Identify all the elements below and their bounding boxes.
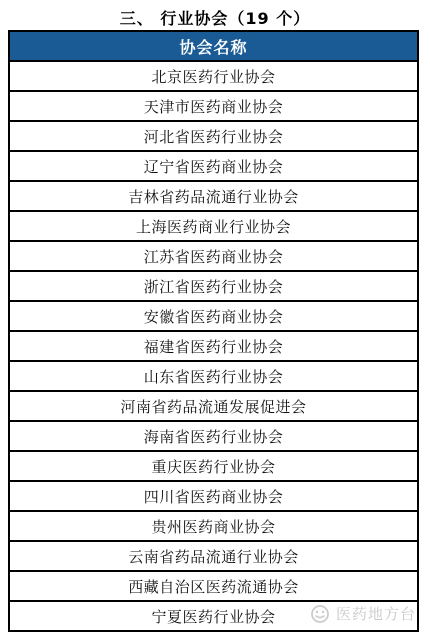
association-name: 上海医药商业行业协会	[136, 216, 291, 237]
association-name: 重庆医药行业协会	[151, 456, 275, 477]
table-row: 北京医药行业协会	[10, 62, 417, 92]
association-name: 贵州医药商业协会	[151, 516, 275, 537]
page-title: 三、 行业协会（19 个）	[0, 0, 430, 30]
table-row: 天津市医药商业协会	[10, 92, 417, 122]
table-row: 宁夏医药行业协会	[10, 602, 417, 630]
table-row: 重庆医药行业协会	[10, 452, 417, 482]
table-row: 河南省药品流通发展促进会	[10, 392, 417, 422]
table-row: 江苏省医药商业协会	[10, 242, 417, 272]
table-header-row: 协会名称	[10, 32, 417, 62]
table-row: 福建省医药行业协会	[10, 332, 417, 362]
association-name: 四川省医药商业协会	[144, 486, 284, 507]
table-row: 四川省医药商业协会	[10, 482, 417, 512]
association-name: 浙江省医药行业协会	[144, 276, 284, 297]
table-row: 浙江省医药行业协会	[10, 272, 417, 302]
association-name: 海南省医药行业协会	[144, 426, 284, 447]
table-row: 海南省医药行业协会	[10, 422, 417, 452]
table-row: 云南省药品流通行业协会	[10, 542, 417, 572]
association-name: 北京医药行业协会	[151, 66, 275, 87]
table-header-label: 协会名称	[179, 35, 247, 58]
association-name: 安徽省医药商业协会	[144, 306, 284, 327]
association-name: 江苏省医药商业协会	[144, 246, 284, 267]
table-row: 安徽省医药商业协会	[10, 302, 417, 332]
table-row: 西藏自治区医药流通协会	[10, 572, 417, 602]
association-name: 河北省医药行业协会	[144, 126, 284, 147]
table-row: 吉林省药品流通行业协会	[10, 182, 417, 212]
association-name: 吉林省药品流通行业协会	[128, 186, 299, 207]
association-name: 云南省药品流通行业协会	[128, 546, 299, 567]
page: 三、 行业协会（19 个） 协会名称 北京医药行业协会天津市医药商业协会河北省医…	[0, 0, 430, 634]
association-name: 辽宁省医药商业协会	[144, 156, 284, 177]
association-name: 河南省药品流通发展促进会	[120, 396, 306, 417]
table-row: 山东省医药行业协会	[10, 362, 417, 392]
association-name: 山东省医药行业协会	[144, 366, 284, 387]
table-row: 辽宁省医药商业协会	[10, 152, 417, 182]
table-row: 河北省医药行业协会	[10, 122, 417, 152]
table-row: 上海医药商业行业协会	[10, 212, 417, 242]
association-name: 福建省医药行业协会	[144, 336, 284, 357]
association-name: 宁夏医药行业协会	[151, 606, 275, 627]
association-name: 天津市医药商业协会	[144, 96, 284, 117]
table-row: 贵州医药商业协会	[10, 512, 417, 542]
association-name: 西藏自治区医药流通协会	[128, 576, 299, 597]
association-table: 协会名称 北京医药行业协会天津市医药商业协会河北省医药行业协会辽宁省医药商业协会…	[8, 30, 419, 632]
table-body: 北京医药行业协会天津市医药商业协会河北省医药行业协会辽宁省医药商业协会吉林省药品…	[10, 62, 417, 630]
